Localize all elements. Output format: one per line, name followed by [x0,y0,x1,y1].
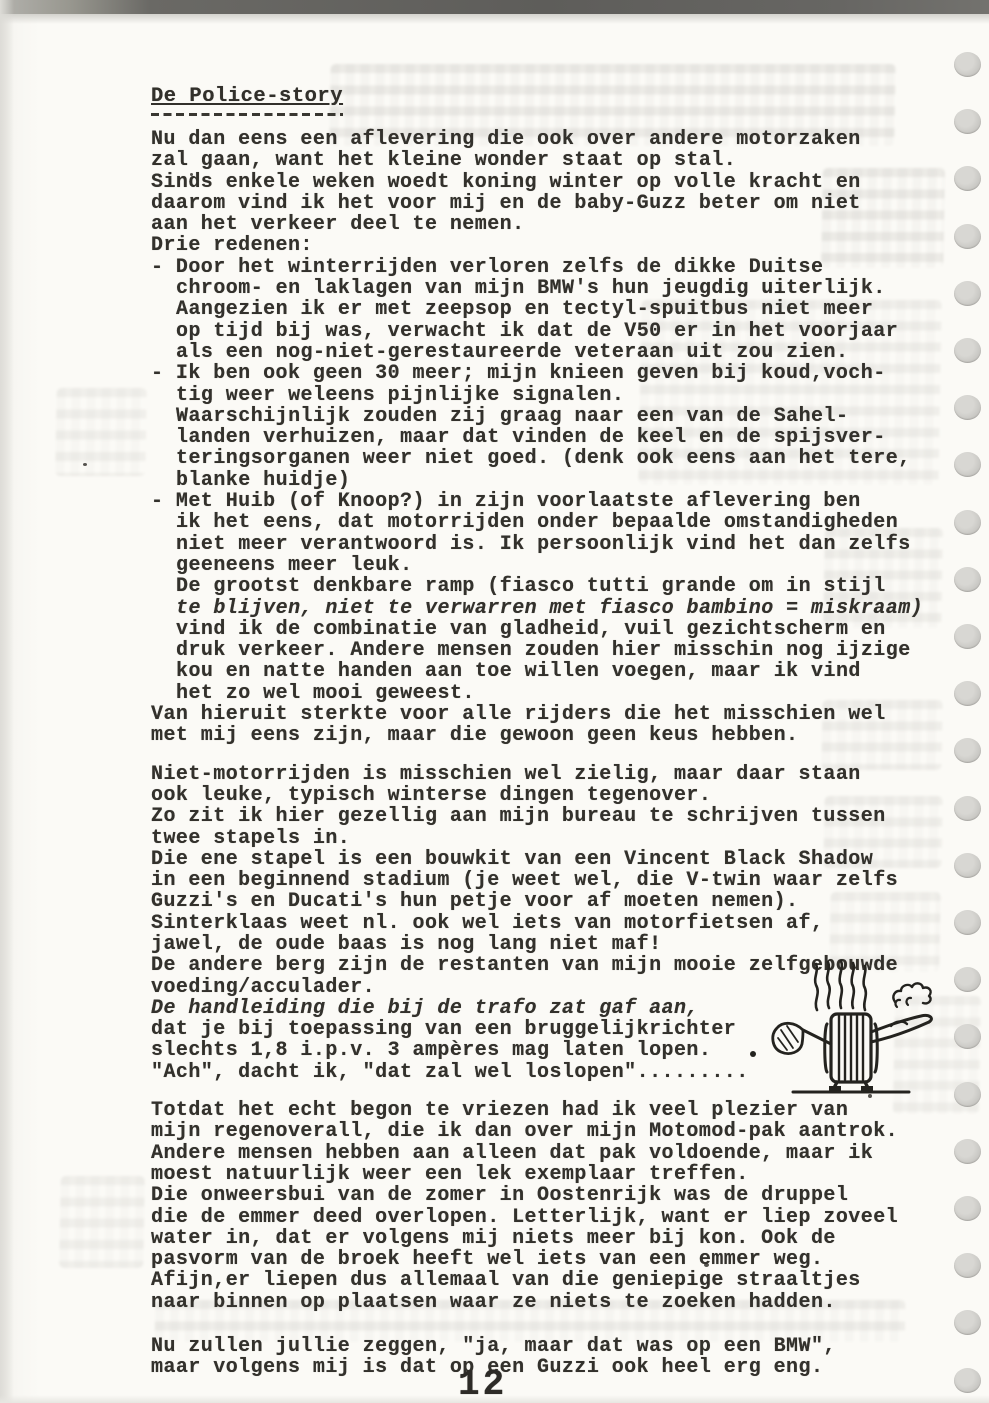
text-line: als een nog-niet-gerestaureerde veteraan… [176,342,951,363]
text-line: Nu zullen jullie zeggen, "ja, maar dat w… [151,1336,951,1357]
text-line: Andere mensen hebben aan alleen dat pak … [151,1143,951,1164]
text-line: pasvorm van de broek heeft wel iets van … [151,1249,951,1270]
binder-hole [954,1253,981,1278]
paragraph: Totdat het echt begon te vriezen had ik … [151,1100,951,1313]
text-line: Afijn,er liepen dus allemaal van die gen… [151,1270,951,1291]
binder-hole [954,224,981,249]
text-line: maar volgens mij is dat op een Guzzi ook… [151,1357,951,1378]
text-line: landen verhuizen, maar dat vinden de kee… [176,427,951,448]
scan-edge-bar [0,0,989,14]
page-left-edge [0,0,14,1403]
list-item: - Met Huib (of Knoop?) in zijn voorlaats… [151,491,951,704]
text-line: zal gaan, want het kleine wonder staat o… [151,150,951,171]
text-line: teringsorganen weer niet goed. (denk ook… [176,448,951,469]
text-line: vind ik de combinatie van gladheid, vuil… [176,619,951,640]
text-line: Nu dan eens een aflevering die ook over … [151,129,951,150]
list-item: - Ik ben ook geen 30 meer; mijn knieen g… [151,363,951,491]
text-line: chroom- en laklagen van mijn BMW's hun j… [176,278,951,299]
document-text: Nu dan eens een aflevering die ook over … [151,129,951,1379]
binder-hole [954,452,981,477]
text-line: Drie redenen: [151,235,951,256]
text-line: - Door het winterrijden verloren zelfs d… [176,257,951,278]
text-line: met mij eens zijn, maar die gewoon geen … [151,725,951,746]
text-line: het zo wel mooi geweest. [176,683,951,704]
text-line: Guzzi's en Ducati's hun petje voor af mo… [151,891,951,912]
text-line: jawel, de oude baas is nog lang niet maf… [151,934,951,955]
text-line: in een beginnend stadium (je weet wel, d… [151,870,951,891]
binder-hole [954,395,981,420]
text-line: naar binnen op plaatsen waar ze niets te… [151,1292,951,1313]
text-line: Sinterklaas weet nl. ook wel iets van mo… [151,913,951,934]
paragraph: Nu dan eens een aflevering die ook over … [151,129,951,257]
text-line: niet meer verantwoord is. Ik persoonlijk… [176,534,951,555]
scan-edge-shadow [0,14,989,24]
list-item: - Door het winterrijden verloren zelfs d… [151,257,951,363]
binder-hole [954,166,981,191]
binder-hole [954,1196,981,1221]
text-line: De grootst denkbare ramp (fiasco tutti g… [176,576,951,597]
binder-hole [954,738,981,763]
text-line: Die ene stapel is een bouwkit van een Vi… [151,849,951,870]
binder-hole [954,796,981,821]
text-line: Aangezien ik er met zeepsop en tectyl-sp… [176,299,951,320]
binder-hole [954,853,981,878]
binder-hole [954,567,981,592]
bleedthrough-smudge [55,388,147,476]
binder-hole [954,338,981,363]
text-line: blanke huidje) [176,470,951,491]
text-line: op tijd bij was, verwacht ik dat de V50 … [176,321,951,342]
text-line: die de emmer deed overlopen. Letterlijk,… [151,1207,951,1228]
paragraph: Nu zullen jullie zeggen, "ja, maar dat w… [151,1336,951,1379]
text-line: daarom vind ik het voor mij en de baby-G… [151,193,951,214]
text-line: moest natuurlijk weer een lek exemplaar … [151,1164,951,1185]
text-line: te blijven, niet te verwarren met fiasco… [176,598,951,619]
smoking-transformer-doodle [745,958,945,1098]
binder-hole [954,52,981,77]
bleedthrough-smudge [59,1176,145,1268]
text-line: ik het eens, dat motorrijden onder bepaa… [176,512,951,533]
text-line: - Met Huib (of Knoop?) in zijn voorlaats… [176,491,951,512]
binder-hole [954,967,981,992]
binder-hole [954,281,981,306]
binder-hole [954,681,981,706]
text-line: Van hieruit sterkte voor alle rijders di… [151,704,951,725]
text-line: aan het verkeer deel te nemen. [151,214,951,235]
text-line: water in, dat er volgens mij niets meer … [151,1228,951,1249]
paragraph: Van hieruit sterkte voor alle rijders di… [151,704,951,747]
scanned-page: De Police-story Nu dan eens een afleveri… [0,0,989,1403]
binder-hole [954,1139,981,1164]
text-line: Totdat het echt begon te vriezen had ik … [151,1100,951,1121]
text-line: tig weer weleens pijnlijke signalen. [176,385,951,406]
binder-hole [954,1368,981,1393]
text-line: geeneens meer leuk. [176,555,951,576]
binder-hole [954,109,981,134]
title-dashed-underline [151,113,343,116]
binder-hole [954,1310,981,1335]
page-number: 12 [458,1364,507,1403]
binder-hole [954,510,981,535]
text-line: Niet-motorrijden is misschien wel zielig… [151,764,951,785]
text-line: Sinds enkele weken woedt koning winter o… [151,172,951,193]
text-line: Die onweersbui van de zomer in Oostenrij… [151,1185,951,1206]
binder-hole [954,624,981,649]
text-line: Waarschijnlijk zouden zij graag naar een… [176,406,951,427]
text-line: Zo zit ik hier gezellig aan mijn bureau … [151,806,951,827]
article-title: De Police-story [151,85,343,108]
binder-hole [954,1082,981,1107]
text-line: mijn regenoverall, die ik dan over mijn … [151,1121,951,1142]
text-line: twee stapels in. [151,828,951,849]
binder-hole [954,910,981,935]
text-line: kou en natte handen aan toe willen voege… [176,661,951,682]
text-line: - Ik ben ook geen 30 meer; mijn knieen g… [176,363,951,384]
ink-speck [83,463,87,466]
text-line: ook leuke, typisch winterse dingen tegen… [151,785,951,806]
text-line: druk verkeer. Andere mensen zouden hier … [176,640,951,661]
